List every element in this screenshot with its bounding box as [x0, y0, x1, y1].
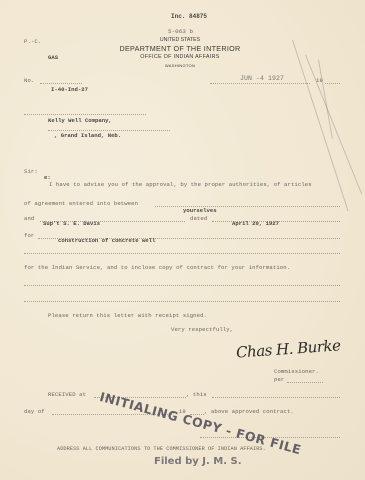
letterhead-city: WASHINGTON: [150, 63, 210, 68]
year-line: [325, 83, 340, 84]
typist-initials: GAS: [48, 54, 58, 61]
addressee-line-2: [48, 130, 170, 131]
this-label: , this: [186, 391, 207, 398]
letter-page: Inc. 84875 5-063 b UNITED STATES DEPARTM…: [0, 0, 365, 480]
approved-label: , above approved contract.: [204, 408, 294, 415]
salutation-mark: e:: [44, 174, 51, 181]
closing-salutation: Very respectfully,: [171, 326, 233, 333]
blank-line-1: [24, 253, 340, 254]
body-line-1: I have to advise you of the approval, by…: [49, 181, 312, 188]
addressee-location: , Grand Island, Neb.: [54, 132, 121, 139]
date-stamp: JUN -4 1927: [240, 75, 284, 82]
and-label: and: [24, 215, 34, 222]
blank-line-2: [24, 285, 340, 286]
dated-label: dated: [190, 215, 207, 222]
form-number: 5-063 b: [168, 28, 193, 35]
letterhead-country: UNITED STATES: [130, 37, 230, 43]
for-label: for: [24, 232, 34, 239]
per-label: per: [274, 376, 284, 383]
blank-line-3: [24, 301, 340, 302]
footer-address-note: ADDRESS ALL COMMUNICATIONS TO THE COMMIS…: [57, 446, 266, 452]
year-prefix: 19: [316, 77, 323, 84]
salutation: Sir:: [24, 168, 38, 175]
purpose-value: construction of concrete well: [58, 237, 155, 244]
addressee-line-1: [24, 114, 146, 115]
party1-value: yourselves: [183, 207, 217, 214]
dated-value: April 20, 1927: [232, 220, 279, 227]
letterhead-office: OFFICE OF INDIAN AFFAIRS: [120, 54, 240, 60]
received-label: RECEIVED at: [48, 391, 86, 398]
agreement-label: of agreement entered into between: [24, 200, 138, 207]
no-label: No.: [24, 77, 34, 84]
letterhead-department: DEPARTMENT OF THE INTERIOR: [100, 44, 260, 53]
pc-mark: P.-C.: [24, 38, 41, 45]
party2-value: Sup't S. E. Davis: [43, 220, 100, 227]
per-line: [287, 382, 323, 383]
no-line: [40, 83, 82, 84]
addressee-name: Kelly Well Company,: [48, 117, 112, 124]
this-line: [212, 397, 340, 398]
reference-number: I-40-Ind-27: [51, 86, 88, 93]
inc-number: Inc. 84875: [171, 13, 207, 20]
signer-title: Commissioner.: [274, 368, 319, 375]
pencil-mark: [305, 55, 362, 194]
closing-line: for the Indian Service, and to inclose c…: [24, 264, 290, 271]
filed-by-stamp: Filed by J. M. S.: [154, 456, 242, 467]
signature: Chas H. Burke: [235, 336, 340, 361]
date-line: [210, 83, 310, 84]
day-of-label: day of: [24, 408, 45, 415]
return-request: Please return this letter with receipt s…: [48, 312, 207, 319]
